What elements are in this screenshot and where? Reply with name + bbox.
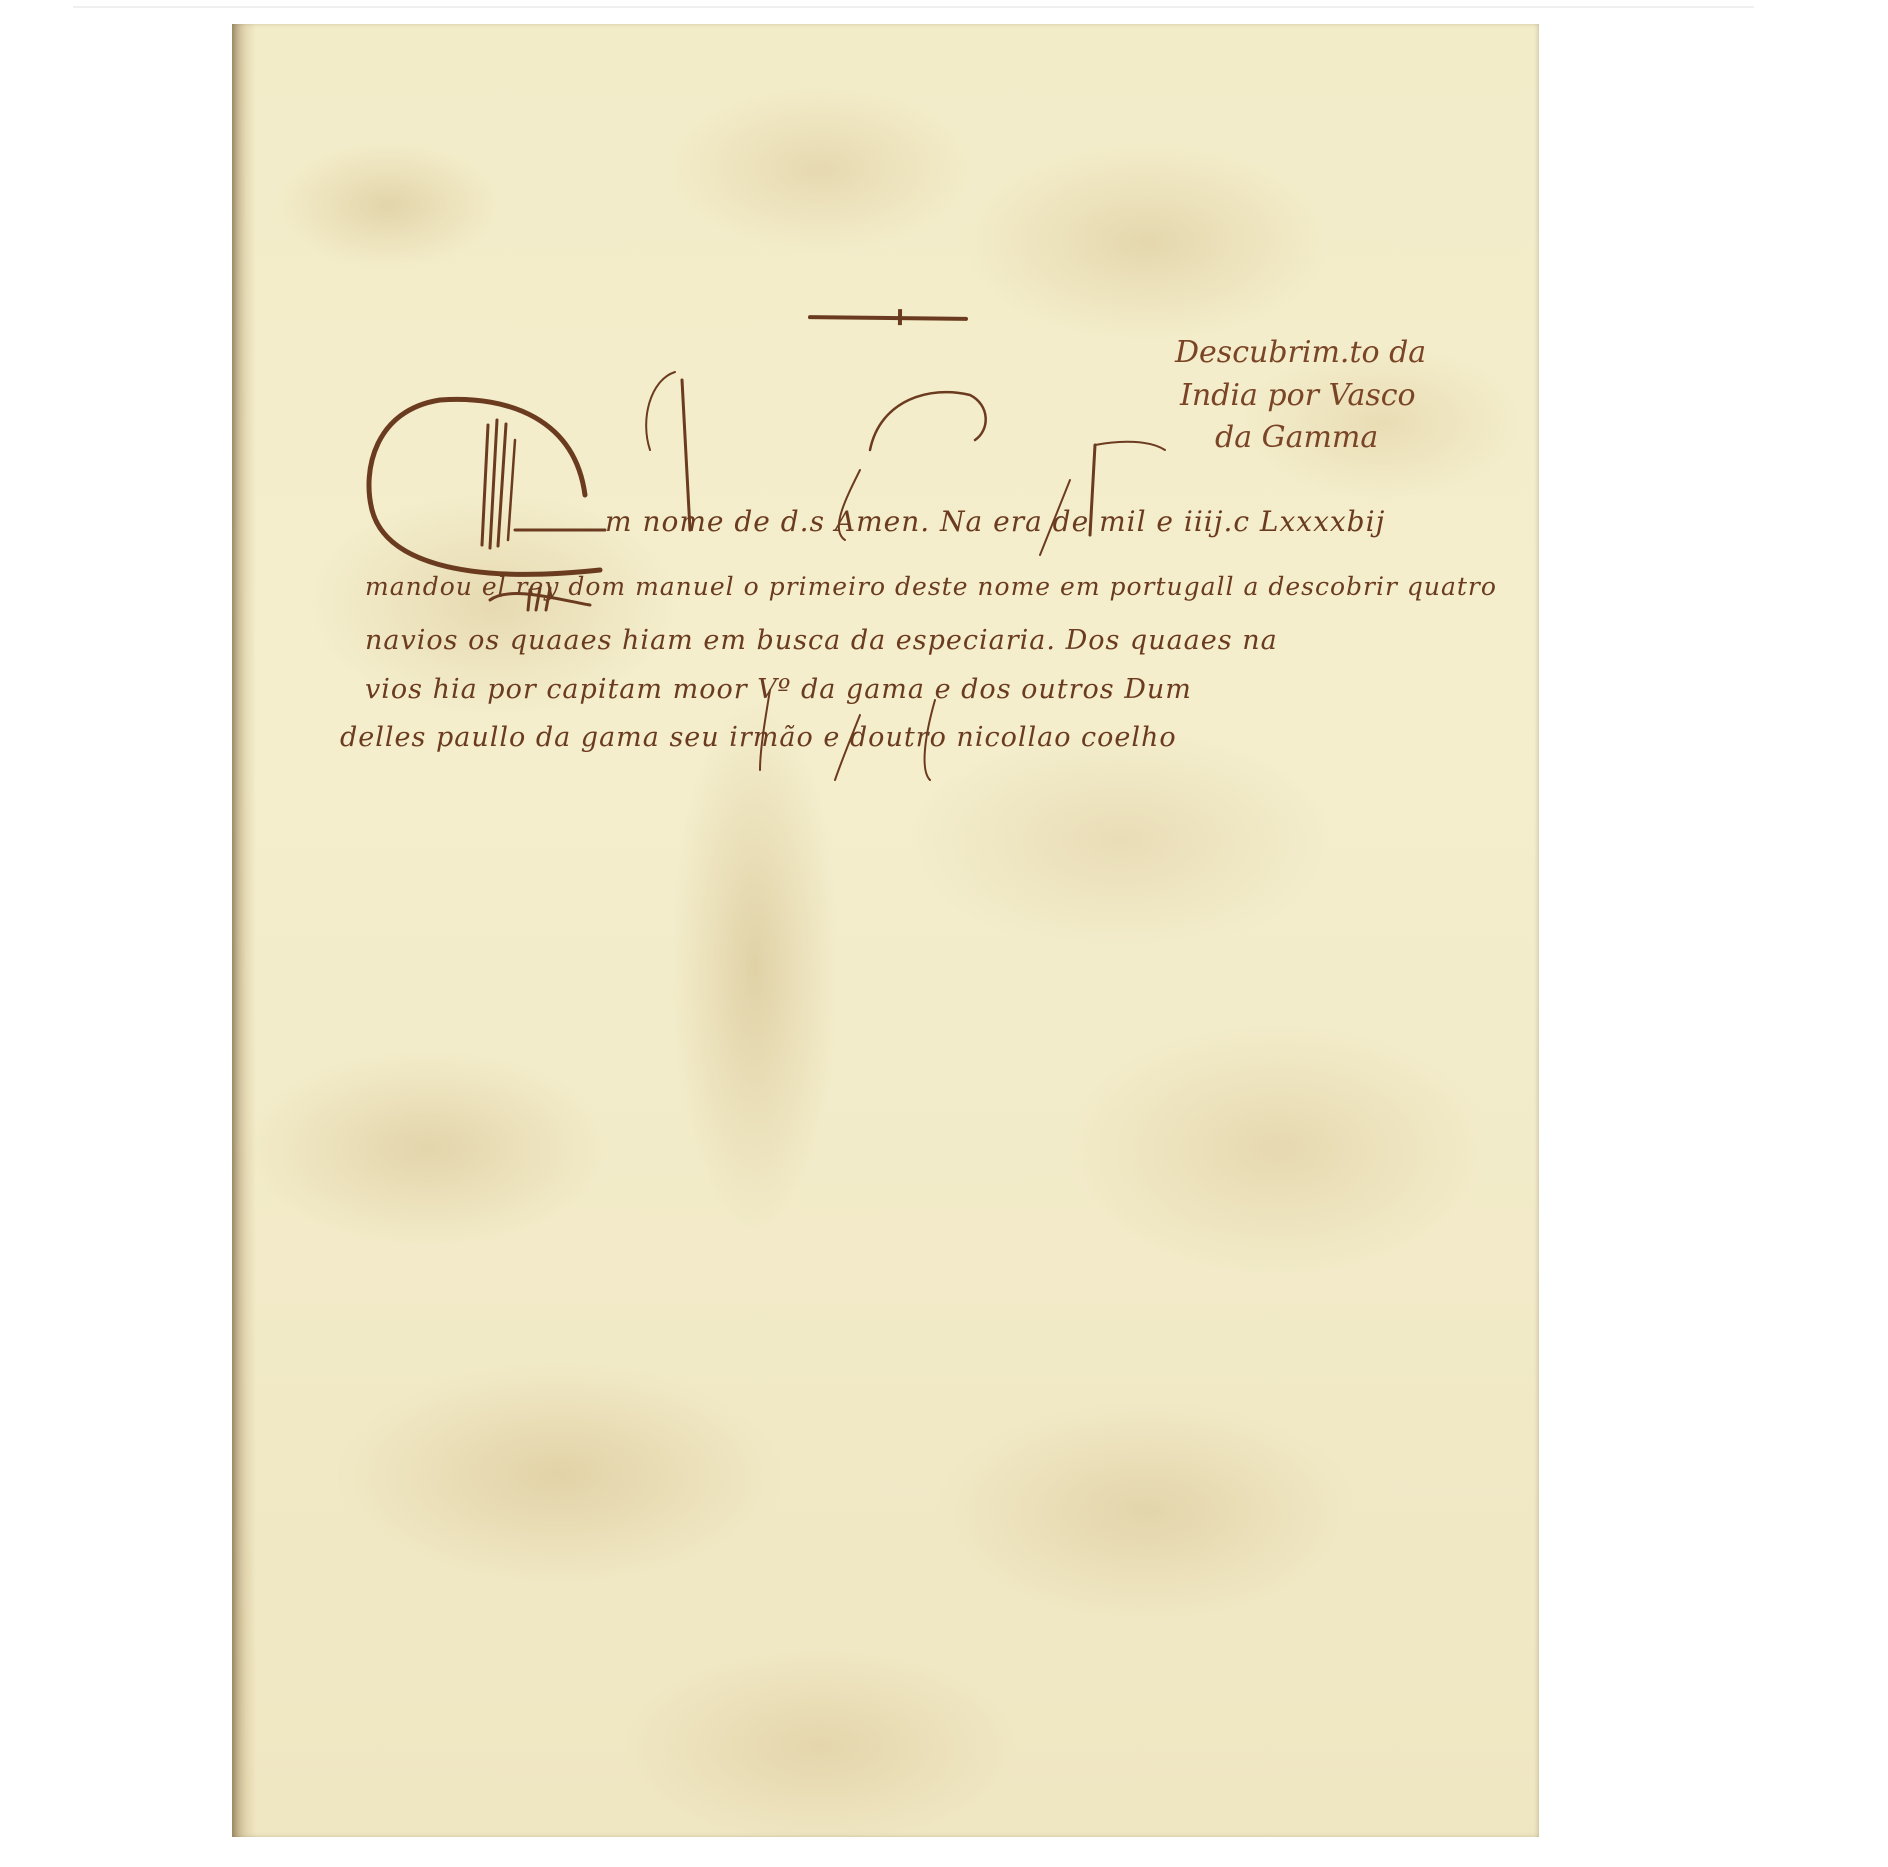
marginal-note-line-1: Descubrim.to da [1175,335,1426,370]
body-line-3: navios os quaaes hiam em busca da especi… [365,625,1278,656]
body-line-5: delles paullo da gama seu irmão e doutro… [340,722,1177,753]
marginal-note-line-3: da Gamma [1215,420,1378,455]
body-line-1: m nome de d.s Amen. Na era de mil e iiij… [605,505,1385,538]
body-line-4: vios hia por capitam moor Vº da gama e d… [365,674,1192,705]
marginal-note-line-2: India por Vasco [1180,378,1416,413]
body-line-2: mandou el rey dom manuel o primeiro dest… [365,572,1497,601]
calligraphic-flourishes-icon [0,0,1888,1867]
